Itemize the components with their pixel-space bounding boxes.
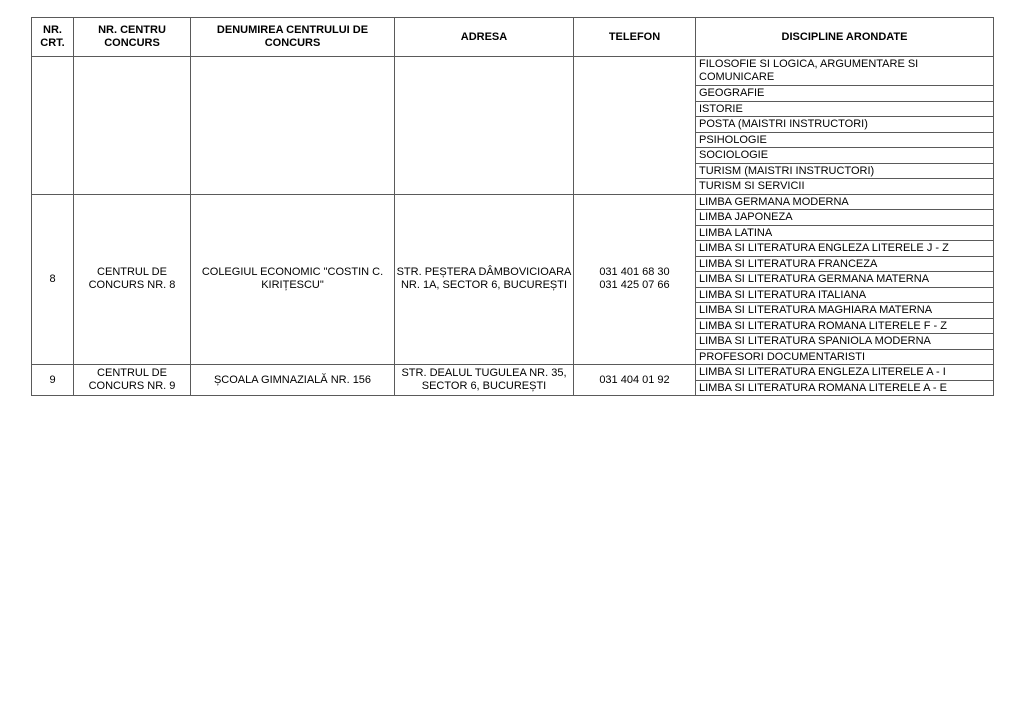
- discipline-list: FILOSOFIE SI LOGICA, ARGUMENTARE SI COMU…: [696, 57, 993, 194]
- cell-telefon: [574, 57, 696, 195]
- discipline-item: LIMBA SI LITERATURA ROMANA LITERELE A - …: [696, 381, 993, 396]
- discipline-item: TURISM (MAISTRI INSTRUCTORI): [696, 164, 993, 180]
- discipline-item: LIMBA SI LITERATURA ENGLEZA LITERELE A -…: [696, 365, 993, 381]
- table-row: 8CENTRUL DE CONCURS NR. 8COLEGIUL ECONOM…: [32, 194, 994, 365]
- header-nr-centru: NR. CENTRU CONCURS: [74, 18, 191, 57]
- discipline-item: LIMBA GERMANA MODERNA: [696, 195, 993, 211]
- header-nr-crt: NR. CRT.: [32, 18, 74, 57]
- cell-nr-centru: [74, 57, 191, 195]
- discipline-item: POSTA (MAISTRI INSTRUCTORI): [696, 117, 993, 133]
- cell-discipline: LIMBA GERMANA MODERNALIMBA JAPONEZALIMBA…: [696, 194, 994, 365]
- cell-adresa: STR. PEȘTERA DÂMBOVICIOARA NR. 1A, SECTO…: [395, 194, 574, 365]
- discipline-item: PROFESORI DOCUMENTARISTI: [696, 350, 993, 365]
- cell-adresa: STR. DEALUL TUGULEA NR. 35, SECTOR 6, BU…: [395, 365, 574, 396]
- header-telefon: TELEFON: [574, 18, 696, 57]
- cell-nr-crt: 8: [32, 194, 74, 365]
- discipline-list: LIMBA SI LITERATURA ENGLEZA LITERELE A -…: [696, 365, 993, 395]
- header-discipline: DISCIPLINE ARONDATE: [696, 18, 994, 57]
- discipline-item: LIMBA SI LITERATURA ROMANA LITERELE F - …: [696, 319, 993, 335]
- discipline-item: ISTORIE: [696, 102, 993, 118]
- discipline-item: GEOGRAFIE: [696, 86, 993, 102]
- discipline-item: SOCIOLOGIE: [696, 148, 993, 164]
- cell-denumire: [191, 57, 395, 195]
- cell-nr-centru: CENTRUL DE CONCURS NR. 8: [74, 194, 191, 365]
- cell-nr-crt: [32, 57, 74, 195]
- header-adresa: ADRESA: [395, 18, 574, 57]
- discipline-item: FILOSOFIE SI LOGICA, ARGUMENTARE SI COMU…: [696, 57, 993, 86]
- discipline-item: LIMBA JAPONEZA: [696, 210, 993, 226]
- cell-denumire: COLEGIUL ECONOMIC "COSTIN C. KIRIȚESCU": [191, 194, 395, 365]
- discipline-item: TURISM SI SERVICII: [696, 179, 993, 194]
- table-row: FILOSOFIE SI LOGICA, ARGUMENTARE SI COMU…: [32, 57, 994, 195]
- discipline-item: LIMBA SI LITERATURA GERMANA MATERNA: [696, 272, 993, 288]
- cell-nr-centru: CENTRUL DE CONCURS NR. 9: [74, 365, 191, 396]
- discipline-item: LIMBA SI LITERATURA ITALIANA: [696, 288, 993, 304]
- header-denumire: DENUMIREA CENTRULUI DE CONCURS: [191, 18, 395, 57]
- cell-discipline: LIMBA SI LITERATURA ENGLEZA LITERELE A -…: [696, 365, 994, 396]
- discipline-list: LIMBA GERMANA MODERNALIMBA JAPONEZALIMBA…: [696, 195, 993, 365]
- cell-nr-crt: 9: [32, 365, 74, 396]
- discipline-item: LIMBA SI LITERATURA ENGLEZA LITERELE J -…: [696, 241, 993, 257]
- table-body: FILOSOFIE SI LOGICA, ARGUMENTARE SI COMU…: [32, 57, 994, 396]
- cell-adresa: [395, 57, 574, 195]
- discipline-item: LIMBA SI LITERATURA MAGHIARA MATERNA: [696, 303, 993, 319]
- cell-telefon: 031 404 01 92: [574, 365, 696, 396]
- cell-discipline: FILOSOFIE SI LOGICA, ARGUMENTARE SI COMU…: [696, 57, 994, 195]
- discipline-item: LIMBA LATINA: [696, 226, 993, 242]
- table-header-row: NR. CRT. NR. CENTRU CONCURS DENUMIREA CE…: [32, 18, 994, 57]
- discipline-item: LIMBA SI LITERATURA FRANCEZA: [696, 257, 993, 273]
- cell-denumire: ȘCOALA GIMNAZIALĂ NR. 156: [191, 365, 395, 396]
- exam-centers-table: NR. CRT. NR. CENTRU CONCURS DENUMIREA CE…: [31, 17, 994, 396]
- table-row: 9CENTRUL DE CONCURS NR. 9ȘCOALA GIMNAZIA…: [32, 365, 994, 396]
- discipline-item: PSIHOLOGIE: [696, 133, 993, 149]
- discipline-item: LIMBA SI LITERATURA SPANIOLA MODERNA: [696, 334, 993, 350]
- cell-telefon: 031 401 68 30031 425 07 66: [574, 194, 696, 365]
